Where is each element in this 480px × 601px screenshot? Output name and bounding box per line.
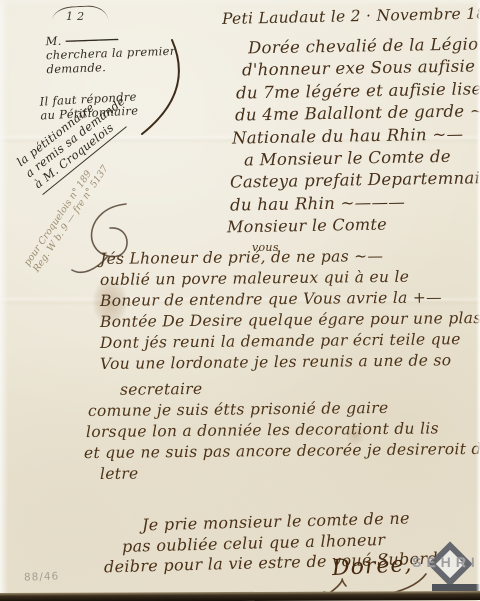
margin-note-prefix: M. (45, 34, 62, 49)
salutation: Monsieur le Comte (227, 215, 387, 237)
watermark-text: SEHRI (412, 554, 480, 570)
letter-heading: Dorée chevalié de la Légiond d'honneur e… (248, 35, 480, 214)
separator-stroke (138, 38, 186, 138)
folio-number: 1 2 (66, 10, 84, 23)
letter-body: vous Jés Lhoneur de prié, de ne pas ~— o… (100, 247, 480, 483)
archive-number: 88/46 (24, 570, 60, 583)
folio-mark: 1 2 (52, 6, 108, 22)
scan-edge-left (0, 0, 8, 601)
body-line: Vou une lordonate je les reunis a une de… (100, 350, 480, 375)
scan-edge-right (476, 0, 480, 601)
dateline: Peti Laudaut le 2 · Novembre 1815 (222, 4, 480, 28)
heading-line: du hau Rhin ~——— (230, 189, 480, 217)
scan-edge-top (0, 0, 480, 6)
letter-scan: 1 2 M. ————— cherchera la premier demand… (0, 0, 480, 601)
scan-edge-bottom (0, 591, 480, 601)
watermark: SEHRI (412, 542, 480, 596)
body-line: letre (100, 460, 480, 485)
watermark-caption-bar (432, 584, 480, 591)
